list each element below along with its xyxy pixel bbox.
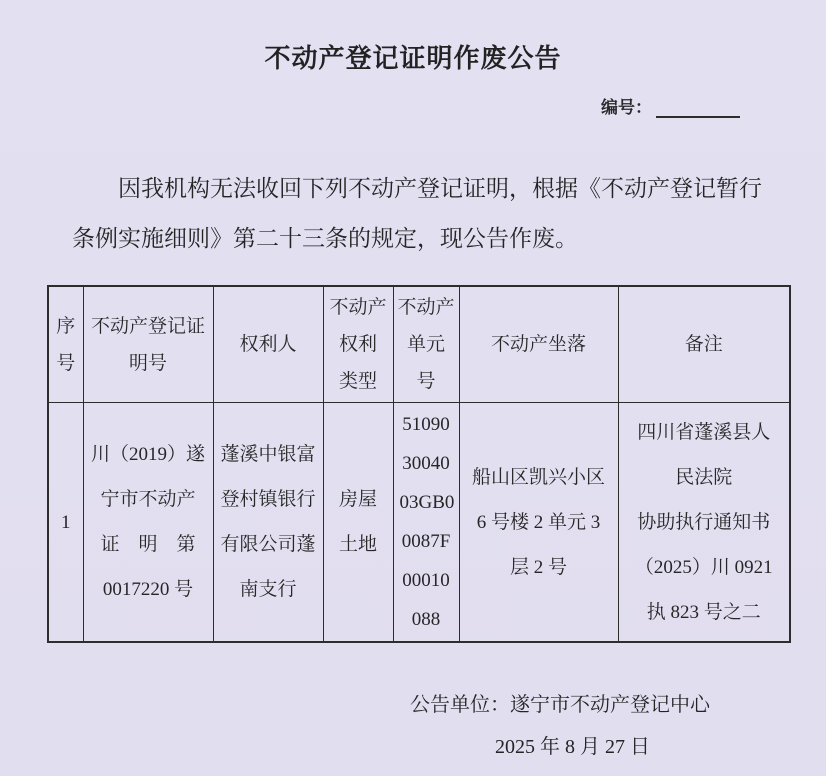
cell-right-type: 房屋 土地 (323, 403, 393, 643)
serial-row: 编号： (0, 93, 826, 118)
table-row: 1 川（2019）遂 宁市不动产 证 明 第 0017220 号 蓬溪中银富 登… (48, 403, 790, 643)
header-location: 不动产坐落 (459, 286, 618, 403)
header-seq: 序 号 (48, 286, 83, 403)
date-line: 2025 年 8 月 27 日 (0, 730, 826, 759)
serial-blank-field (656, 98, 740, 118)
header-unit-no: 不动产 单元 号 (393, 286, 459, 403)
table-header-row: 序 号 不动产登记证 明号 权利人 不动产 权利 类型 不动产 单元 号 不动产… (48, 286, 790, 403)
header-right-type: 不动产 权利 类型 (323, 286, 393, 403)
cell-remark: 四川省蓬溪县人 民法院 协助执行通知书 （2025）川 0921 执 823 号… (618, 403, 790, 643)
cell-seq: 1 (48, 403, 83, 643)
cell-unit-no: 51090 30040 03GB0 0087F 00010 088 (393, 403, 459, 643)
document-page: 不动产登记证明作废公告 编号： 因我机构无法收回下列不动产登记证明，根据《不动产… (0, 0, 826, 776)
notice-paragraph: 因我机构无法收回下列不动产登记证明，根据《不动产登记暂行条例实施细则》第二十三条… (72, 164, 762, 264)
page-title: 不动产登记证明作废公告 (0, 38, 826, 75)
cell-cert-no: 川（2019）遂 宁市不动产 证 明 第 0017220 号 (83, 403, 213, 643)
header-cert-no: 不动产登记证 明号 (83, 286, 213, 403)
serial-label: 编号： (601, 98, 652, 117)
cell-location: 船山区凯兴小区 6 号楼 2 单元 3 层 2 号 (459, 403, 618, 643)
header-holder: 权利人 (213, 286, 323, 403)
header-remark: 备注 (618, 286, 790, 403)
notice-table: 序 号 不动产登记证 明号 权利人 不动产 权利 类型 不动产 单元 号 不动产… (47, 285, 791, 643)
cell-holder: 蓬溪中银富 登村镇银行 有限公司蓬 南支行 (213, 403, 323, 643)
issuer-line: 公告单位：遂宁市不动产登记中心 (0, 688, 826, 717)
